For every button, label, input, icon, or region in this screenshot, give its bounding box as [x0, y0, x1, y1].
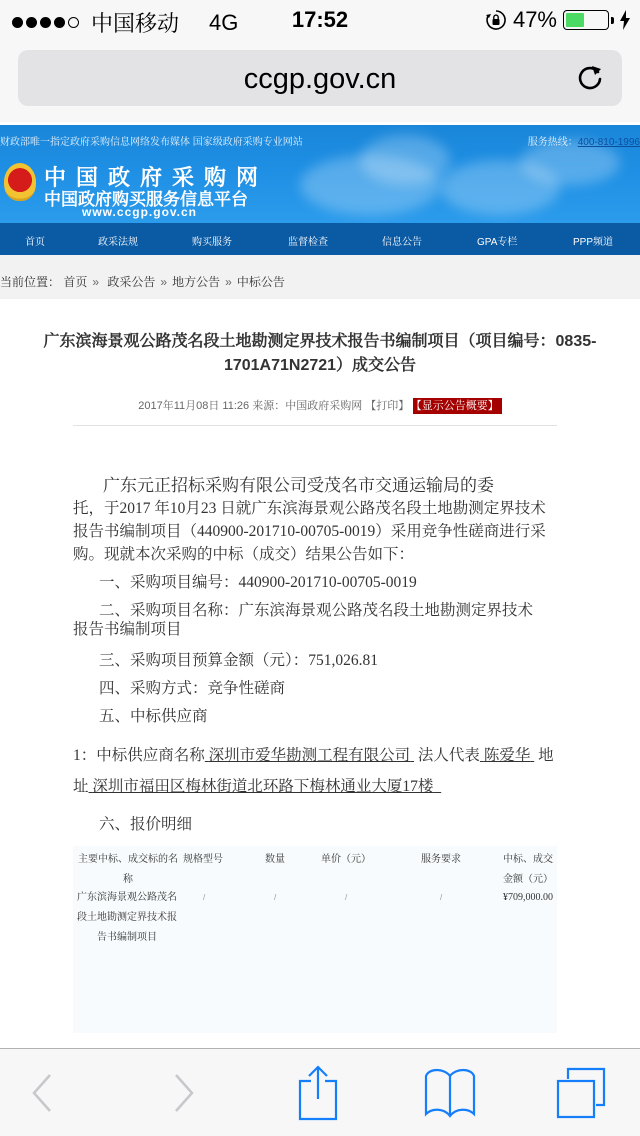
browser-chrome: ccgp.gov.cn: [0, 40, 640, 122]
site-banner: 财政部唯一指定政府采购信息网络发布媒体 国家级政府采购专业网站 服务热线：400…: [0, 125, 640, 225]
national-emblem-icon: [4, 163, 36, 201]
item-project-number: 一、采购项目编号：440900-201710-00705-0019: [73, 573, 557, 592]
breadcrumb: 当前位置： 首页» 政采公告»地方公告»中标公告: [0, 273, 285, 290]
reload-icon[interactable]: [576, 63, 606, 93]
nav-home[interactable]: 首页: [25, 233, 45, 248]
item-project-name: 二、采购项目名称：广东滨海景观公路茂名段土地勘测定界技术 报告书编制项目: [73, 601, 557, 639]
supplier-address: 深圳市福田区梅林街道北环路下梅林通业大厦17楼: [89, 778, 442, 795]
legal-representative: 陈爱华: [480, 747, 534, 764]
service-hotline: 服务热线：400-810-1996: [528, 133, 640, 148]
header-spec: 规格型号: [183, 850, 223, 870]
intro-paragraph: 广东元正招标采购有限公司受茂名市交通运输局的委 托，于2017 年10月23 日…: [73, 473, 557, 566]
battery-tip: [611, 17, 614, 24]
breadcrumb-gov-procurement[interactable]: 政采公告: [107, 275, 155, 289]
supplier-name: 深圳市爱华勘测工程有限公司: [205, 747, 414, 764]
main-nav: 首页 政采法规 购买服务 监督检查 信息公告 GPA专栏 PPP频道: [0, 223, 640, 255]
nav-ppp[interactable]: PPP频道: [573, 233, 613, 248]
nav-announcements[interactable]: 信息公告: [382, 233, 422, 248]
browser-toolbar: [0, 1048, 640, 1136]
cell-quantity: /: [274, 888, 276, 908]
item-method: 四、采购方式：竞争性磋商: [73, 679, 557, 698]
tabs-icon: [556, 1067, 608, 1119]
back-icon: [31, 1073, 53, 1113]
header-item-name: 主要中标、成交标的名称: [75, 850, 181, 890]
nav-gpa[interactable]: GPA专栏: [477, 233, 517, 248]
cell-service: /: [440, 888, 442, 908]
nav-supervision[interactable]: 监督检查: [288, 233, 328, 248]
item-supplier-heading: 五、中标供应商: [73, 707, 557, 726]
section-price-details: 六、报价明细: [73, 815, 557, 834]
hotline-label: 服务热线：: [528, 137, 578, 148]
header-service: 服务要求: [421, 850, 461, 870]
site-tagline: 财政部唯一指定政府采购信息网络发布媒体 国家级政府采购专业网站: [0, 133, 303, 148]
show-summary-button[interactable]: 【显示公告概要】: [413, 398, 502, 414]
share-button[interactable]: [288, 1049, 348, 1136]
print-link[interactable]: 【打印】: [365, 400, 409, 412]
article-meta: 2017年11月08日 11:26 来源：中国政府采购网 【打印】【显示公告概要…: [0, 397, 640, 413]
cell-spec: /: [203, 888, 205, 908]
forward-icon: [173, 1073, 195, 1113]
nav-regulations[interactable]: 政采法规: [98, 233, 138, 248]
source-label: 来源：: [252, 400, 285, 412]
nav-purchase-services[interactable]: 购买服务: [192, 233, 232, 248]
url-text[interactable]: ccgp.gov.cn: [18, 63, 622, 96]
back-button[interactable]: [12, 1049, 72, 1136]
address-bar[interactable]: ccgp.gov.cn: [18, 50, 622, 106]
cell-unit-price: /: [345, 888, 347, 908]
rotation-lock-icon: [485, 9, 507, 31]
site-logo-url: www.ccgp.gov.cn: [82, 205, 197, 219]
cell-item-name: 广东滨海景观公路茂名段土地勘测定界技术报告书编制项目: [73, 888, 181, 948]
publish-date: 2017年11月08日 11:26: [138, 400, 249, 412]
breadcrumb-bar: 当前位置： 首页» 政采公告»地方公告»中标公告: [0, 255, 640, 299]
header-unit-price: 单价（元）: [321, 850, 371, 870]
supplier-info: 1：中标供应商名称 深圳市爱华勘测工程有限公司 法人代表 陈爱华 地址 深圳市福…: [73, 740, 557, 802]
forward-button[interactable]: [154, 1049, 214, 1136]
share-icon: [298, 1065, 338, 1121]
bookmarks-icon: [424, 1068, 476, 1118]
header-quantity: 数量: [265, 850, 285, 870]
battery-icon: [563, 10, 609, 30]
charging-bolt-icon: [620, 10, 630, 30]
divider: [73, 425, 557, 426]
status-bar: 中国移动 4G 17:52 47%: [0, 0, 640, 40]
source: 中国政府采购网: [285, 400, 362, 412]
hotline-number[interactable]: 400-810-1996: [578, 137, 640, 148]
tabs-button[interactable]: [552, 1049, 612, 1136]
intro-first-line: 广东元正招标采购有限公司受茂名市交通运输局的委: [73, 473, 557, 499]
cell-amount: ¥709,000.00: [503, 888, 553, 908]
breadcrumb-prefix: 当前位置：: [0, 275, 60, 289]
item-budget: 三、采购项目预算金额（元）：751,026.81: [73, 651, 557, 670]
battery-percent: 47%: [513, 7, 557, 33]
breadcrumb-local[interactable]: 地方公告: [172, 275, 220, 289]
bookmarks-button[interactable]: [420, 1049, 480, 1136]
header-amount: 中标、成交金额（元）: [503, 850, 557, 890]
breadcrumb-award[interactable]: 中标公告: [237, 275, 285, 289]
breadcrumb-home[interactable]: 首页: [63, 275, 87, 289]
article-title: 广东滨海景观公路茂名段土地勘测定界技术报告书编制项目（项目编号：0835-170…: [14, 330, 626, 378]
price-table: 主要中标、成交标的名称 规格型号 数量 单价（元） 服务要求 中标、成交金额（元…: [73, 846, 557, 1033]
intro-rest: 托，于2017 年10月23 日就广东滨海景观公路茂名段土地勘测定界技术报告书编…: [73, 500, 546, 563]
